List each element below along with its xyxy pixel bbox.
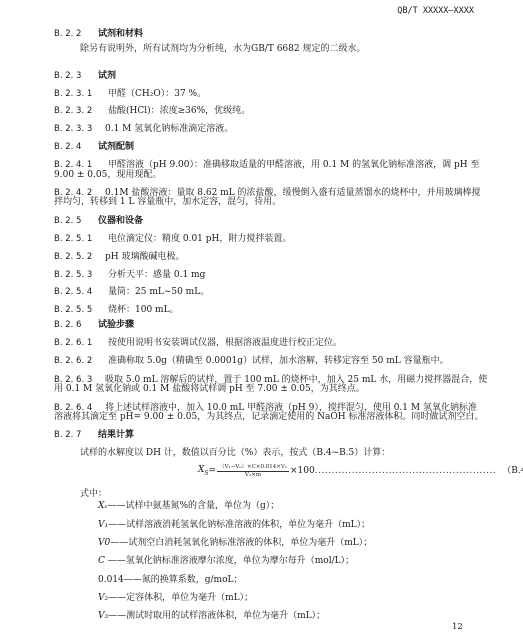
clause-item: B. 2. 6. 2准确称取 5.0g（精确至 0.0001g）试样，加水溶解，…: [54, 356, 449, 367]
equation-number: （B.4）: [502, 466, 523, 477]
clause-number: B. 2. 5. 5: [54, 305, 108, 316]
clause-number: B. 2. 5. 3: [54, 270, 108, 281]
section-heading-b225: B. 2. 5仪器和设备: [54, 216, 143, 227]
definition-text: ——定容体积，单位为毫升（mL）；: [108, 593, 253, 603]
clause-text: 盐酸(HCl)：浓度≥36%，优级纯。: [108, 106, 250, 116]
definition-item: V₃——测试时取用的试样溶液体积，单位为毫升（mL）；: [98, 611, 325, 622]
definition-item: V₂——定容体积，单位为毫升（mL）；: [98, 593, 253, 604]
section-number: B. 2. 6: [54, 320, 98, 331]
clause-item: B. 2. 5. 3分析天平：感量 0.1 mg: [54, 270, 205, 281]
clause-number: B. 2. 6. 1: [54, 338, 108, 349]
definition-symbol: C: [98, 556, 108, 566]
definition-item: V₁——试样溶液消耗氢氧化钠标准溶液的体积，单位为毫升（mL）；: [98, 520, 370, 531]
clause-text: 量筒：25 mL~50 mL。: [108, 287, 209, 297]
clause-number: B. 2. 6. 2: [54, 356, 108, 367]
section-number: B. 2. 4: [54, 142, 98, 153]
section-heading-b226: B. 2. 6试验步骤: [54, 320, 134, 331]
formula-lhs: XS: [198, 465, 209, 479]
paragraph: 除另有说明外，所有试剂均为分析纯，水为GB/T 6682 规定的二级水。: [80, 44, 365, 55]
section-number: B. 2. 5: [54, 216, 98, 227]
clause-text: 分析天平：感量 0.1 mg: [108, 270, 205, 280]
definition-symbol: V₂: [98, 593, 108, 603]
formula-fraction: （V₁−V₀）×C×0.014×V₂ V₃×m: [217, 464, 289, 479]
clause-item: B. 2. 5. 4量筒：25 mL~50 mL。: [54, 287, 209, 298]
formula-denominator: V₃×m: [245, 472, 261, 479]
section-title: 结果计算: [98, 430, 134, 440]
section-heading-b227: B. 2. 7结果计算: [54, 430, 134, 441]
clause-text: pH 玻璃酸碱电极。: [105, 252, 184, 262]
clause-item: B. 2. 5. 1电位滴定仪：精度 0.01 pH，附力搅拌装置。: [54, 234, 291, 245]
equation-b4: XS = （V₁−V₀）×C×0.014×V₂ V₃×m ×100 ......…: [198, 464, 523, 479]
formula-equals: =: [209, 466, 217, 477]
formula-numerator: （V₁−V₀）×C×0.014×V₂: [217, 464, 289, 472]
definition-text: ——氢氧化钠标准溶液摩尔浓度，单位为摩尔每升（mol/L）；: [108, 556, 354, 566]
clause-item: B. 2. 3. 1甲醛（CH₂O）：37 %。: [54, 89, 206, 100]
section-title: 仪器和设备: [98, 216, 143, 226]
clause-number: B. 2. 3. 3: [54, 124, 105, 135]
formula-leader-dots: ........................................…: [315, 466, 497, 477]
definition-text: ——试样溶液消耗氢氧化钠标准溶液的体积，单位为毫升（mL）；: [108, 520, 370, 530]
definition-text: ——试剂空白消耗氢氧化钠标准溶液的体积，单位为毫升（mL）；: [110, 538, 372, 548]
definition-item: Xₛ——试样中氨基氮%的含量，单位为（g）；: [98, 501, 279, 512]
clause-text: 0.1 M 氢氧化钠标准滴定溶液。: [105, 124, 233, 134]
section-heading-b222: B. 2. 2试剂和材料: [54, 29, 143, 40]
clause-item: B. 2. 5. 5烧杯：100 mL。: [54, 305, 179, 316]
clause-continuation: 9.00 ± 0.05，现用现配。: [54, 170, 161, 181]
clause-number: B. 2. 5. 4: [54, 287, 108, 298]
clause-number: B. 2. 5. 1: [54, 234, 108, 245]
definition-text: ——试样中氨基氮%的含量，单位为（g）；: [107, 501, 279, 511]
clause-text: 按使用说明书安装调试仪器，根据溶液温度进行校正定位。: [108, 338, 342, 348]
section-title: 试剂: [98, 71, 116, 81]
section-heading-b224: B. 2. 4试剂配制: [54, 142, 134, 153]
clause-number: B. 2. 3. 1: [54, 89, 108, 100]
clause-continuation: 拌均匀，转移到 1 L 容量瓶中，加水定容，混匀，待用。: [54, 197, 281, 208]
clause-number: B. 2. 5. 2: [54, 252, 105, 263]
where-label: 式中：: [80, 489, 107, 500]
section-heading-b223: B. 2. 3试剂: [54, 71, 116, 82]
definition-item: 0.014——氮的换算系数，g/moL；: [98, 575, 243, 586]
clause-number: B. 2. 3. 2: [54, 106, 108, 117]
section-title: 试剂配制: [98, 142, 134, 152]
definition-item: C ——氢氧化钠标准溶液摩尔浓度，单位为摩尔每升（mol/L）；: [98, 556, 354, 567]
clause-item: B. 2. 6. 1按使用说明书安装调试仪器，根据溶液温度进行校正定位。: [54, 338, 342, 349]
section-title: 试剂和材料: [98, 29, 143, 39]
clause-continuation: 溶液将其滴定至 pH= 9.00 ± 0.05，为其终点，记录滴定使用的 NaO…: [54, 412, 483, 423]
section-number: B. 2. 7: [54, 430, 98, 441]
clause-text: 电位滴定仪：精度 0.01 pH，附力搅拌装置。: [108, 234, 291, 244]
document-code-header: QB/T XXXXX—XXXX: [397, 6, 474, 17]
clause-text: 甲醛（CH₂O）：37 %。: [108, 89, 206, 99]
paragraph: 试样的水解度以 DH 计，数值以百分比（%）表示，按式（B.4~B.5）计算：: [80, 448, 390, 459]
section-number: B. 2. 2: [54, 29, 98, 40]
clause-item: B. 2. 3. 30.1 M 氢氧化钠标准滴定溶液。: [54, 124, 233, 135]
definition-symbol: V0: [98, 538, 110, 548]
formula-multiplier: ×100: [290, 466, 315, 477]
clause-item: B. 2. 3. 2盐酸(HCl)：浓度≥36%，优级纯。: [54, 106, 250, 117]
definition-symbol: V₁: [98, 520, 108, 530]
definition-item: V0——试剂空白消耗氢氧化钠标准溶液的体积，单位为毫升（mL）；: [98, 538, 372, 549]
definition-symbol: 0.014: [98, 575, 124, 585]
definition-text: ——氮的换算系数，g/moL；: [124, 575, 243, 585]
section-number: B. 2. 3: [54, 71, 98, 82]
clause-continuation: 用 0.1 M 氢氧化钠或 0.1 M 盐酸将试样调 pH 至 7.00 ± 0…: [54, 384, 365, 395]
definition-text: ——测试时取用的试样溶液体积，单位为毫升（mL）；: [108, 611, 325, 621]
page-number: 12: [452, 622, 463, 633]
clause-item: B. 2. 5. 2pH 玻璃酸碱电极。: [54, 252, 184, 263]
definition-symbol: V₃: [98, 611, 108, 621]
clause-text: 甲醛溶液（pH 9.00）：准确移取适量的甲醛溶液，用 0.1 M 的氢氧化钠标…: [108, 160, 479, 170]
clause-text: 烧杯：100 mL。: [108, 305, 179, 315]
clause-text: 准确称取 5.0g（精确至 0.0001g）试样，加水溶解，转移定容至 50 m…: [108, 356, 449, 366]
section-title: 试验步骤: [98, 320, 134, 330]
